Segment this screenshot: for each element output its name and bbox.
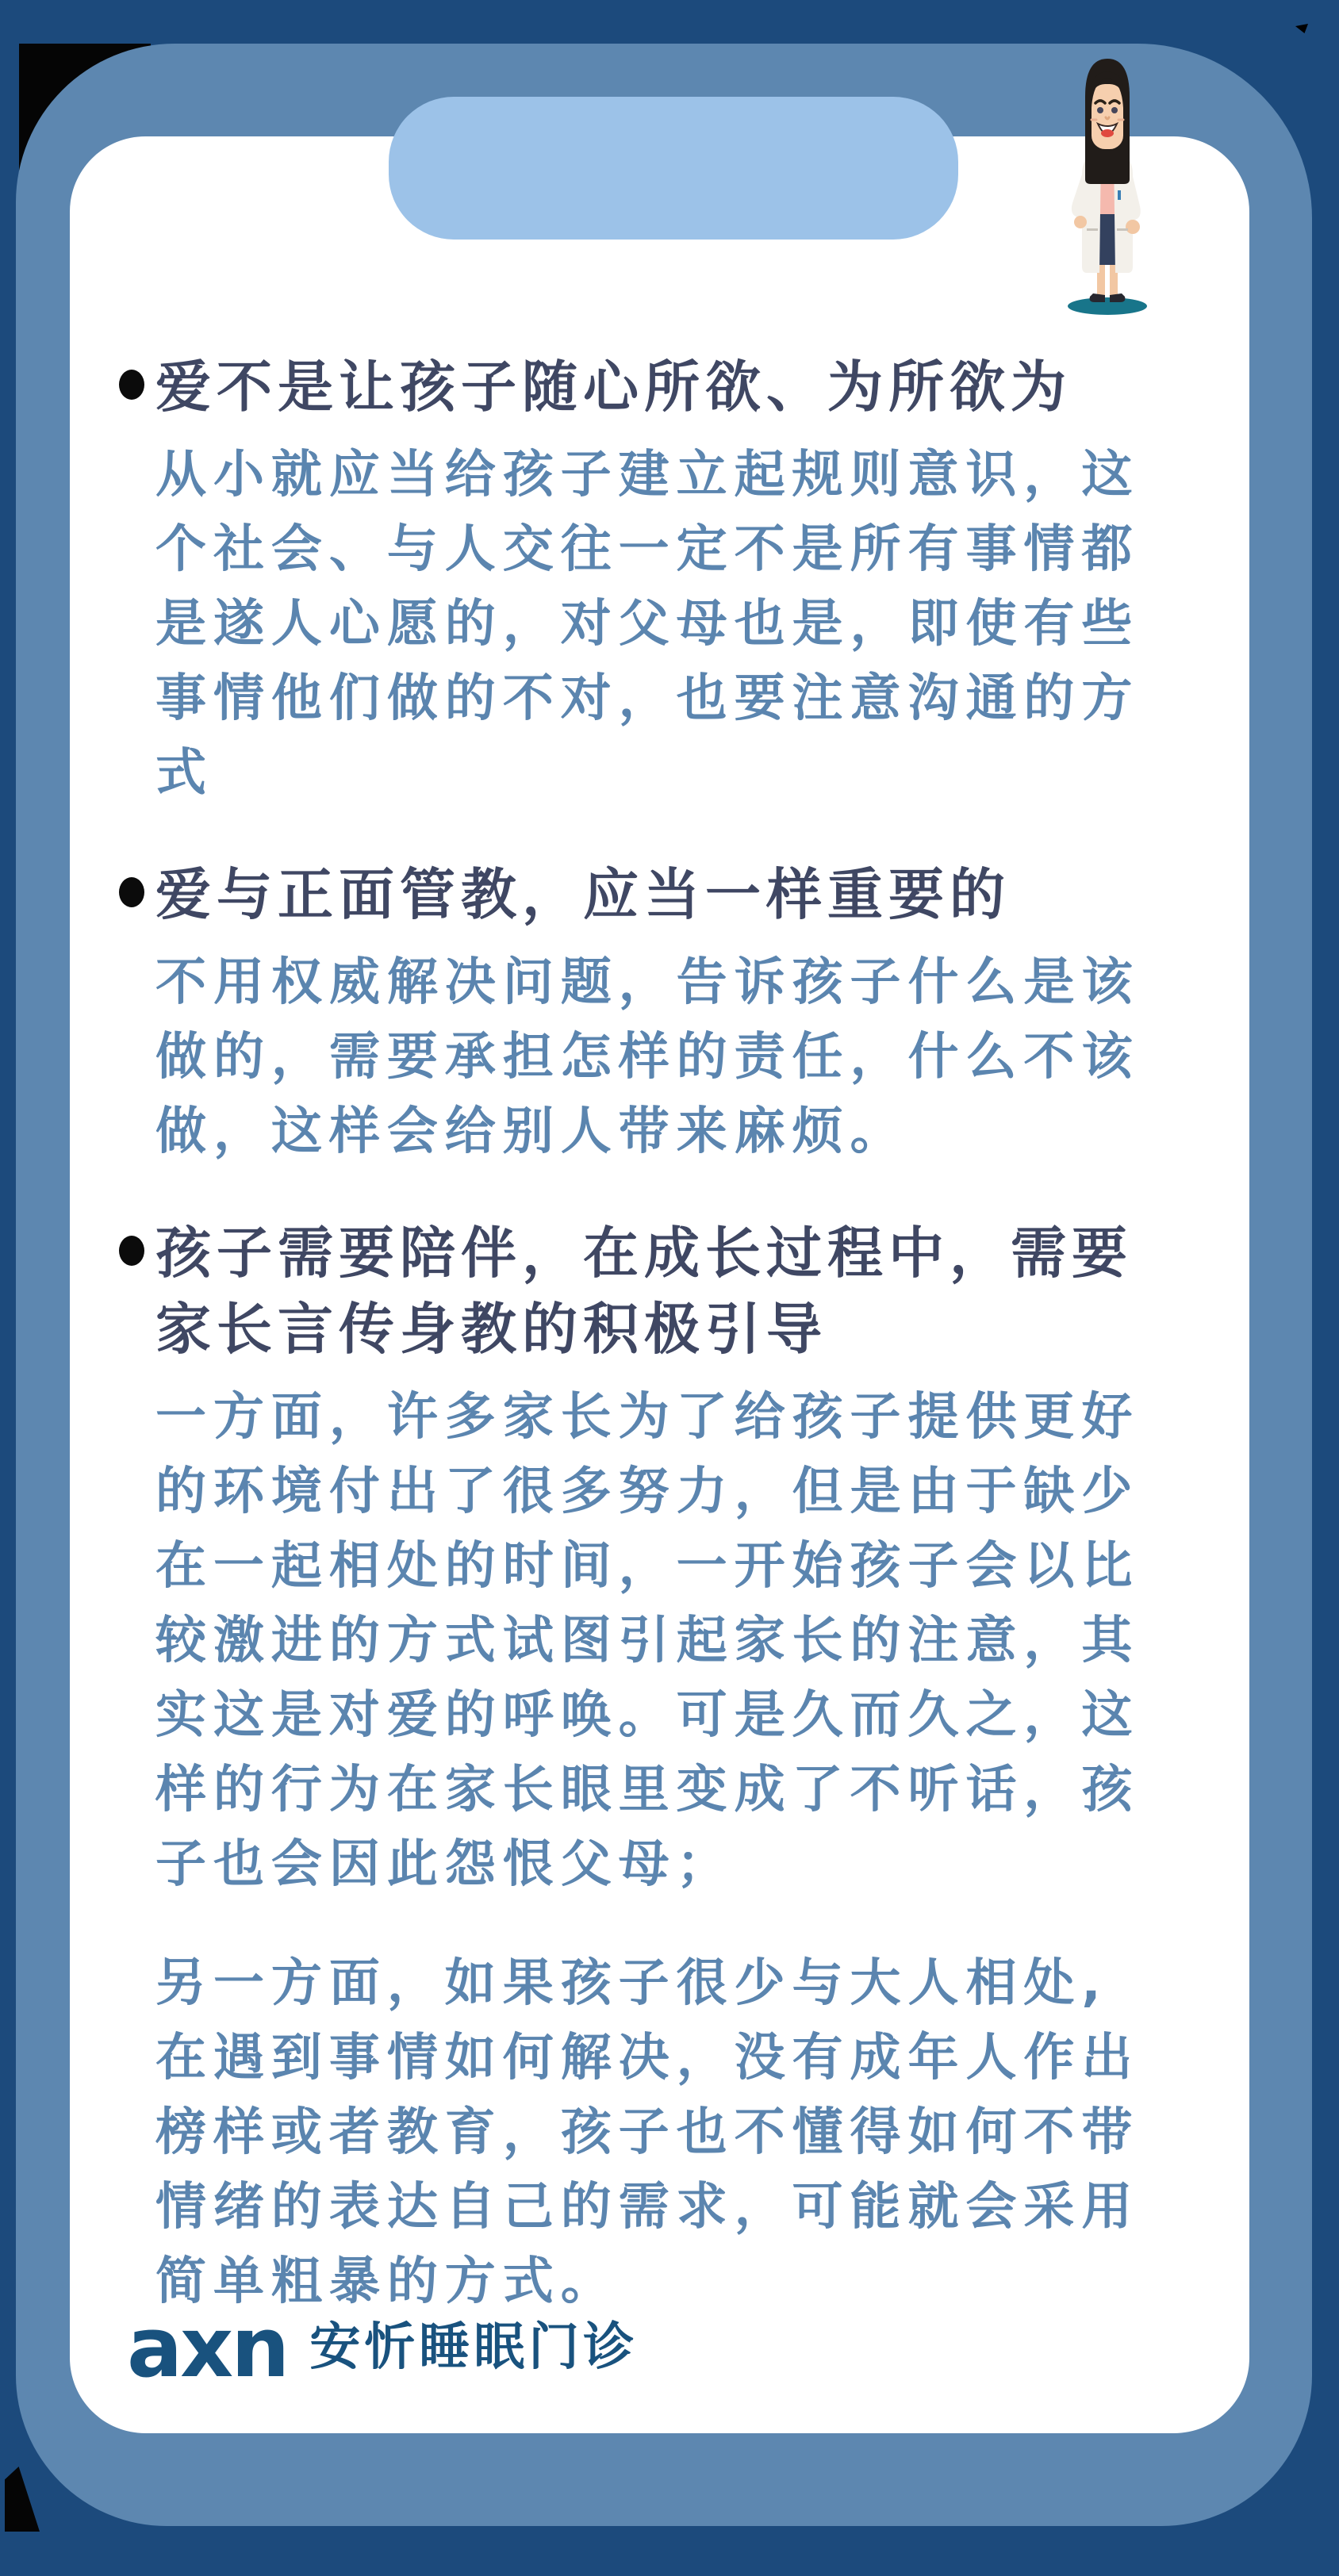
doctor-illustration: [1055, 35, 1160, 317]
bullet-dot-icon: [119, 370, 144, 400]
cursor-arrow-icon: [1295, 24, 1308, 33]
white-card: 爱不是让孩子随心所欲、为所欲为从小就应当给孩子建立起规则意识，这个社会、与人交往…: [70, 136, 1249, 2433]
bullet-dot-icon: [119, 877, 144, 907]
poster: 爱不是让孩子随心所欲、为所欲为从小就应当给孩子建立起规则意识，这个社会、与人交往…: [0, 0, 1339, 2576]
content-sections: 爱不是让孩子随心所欲、为所欲为从小就应当给孩子建立起规则意识，这个社会、与人交往…: [70, 136, 1249, 2433]
section-heading: 爱与正面管教，应当一样重要的: [155, 857, 1011, 933]
axn-logo: axn: [127, 2306, 287, 2389]
clipboard-clip: [389, 97, 958, 240]
section-paragraph: 不用权威解决问题，告诉孩子什么是该做的，需要承担怎样的责任，什么不该做，这样会给…: [155, 945, 1157, 1169]
content-section: 爱与正面管教，应当一样重要的不用权威解决问题，告诉孩子什么是该做的，需要承担怎样…: [119, 857, 1157, 1169]
section-paragraph: 一方面，许多家长为了给孩子提供更好的环境付出了很多努力，但是由于缺少在一起相处的…: [155, 1380, 1157, 1902]
footer-logo: axn 安忻睡眠门诊: [127, 2306, 638, 2389]
section-heading: 爱不是让孩子随心所欲、为所欲为: [155, 349, 1072, 425]
content-section: 孩子需要陪伴，在成长过程中，需要家长言传身教的积极引导一方面，许多家长为了给孩子…: [119, 1215, 1157, 2319]
content-section: 爱不是让孩子随心所欲、为所欲为从小就应当给孩子建立起规则意识，这个社会、与人交往…: [119, 349, 1157, 811]
bullet-dot-icon: [119, 1236, 144, 1266]
section-paragraph: 另一方面，如果孩子很少与大人相处,在遇到事情如何解决，没有成年人作出榜样或者教育…: [155, 1946, 1157, 2319]
section-heading: 孩子需要陪伴，在成长过程中，需要家长言传身教的积极引导: [155, 1215, 1157, 1367]
corner-wedge-bottom-left: [5, 2467, 40, 2532]
clinic-name: 安忻睡眠门诊: [309, 2322, 638, 2373]
section-paragraph: 从小就应当给孩子建立起规则意识，这个社会、与人交往一定不是所有事情都是遂人心愿的…: [155, 438, 1157, 811]
